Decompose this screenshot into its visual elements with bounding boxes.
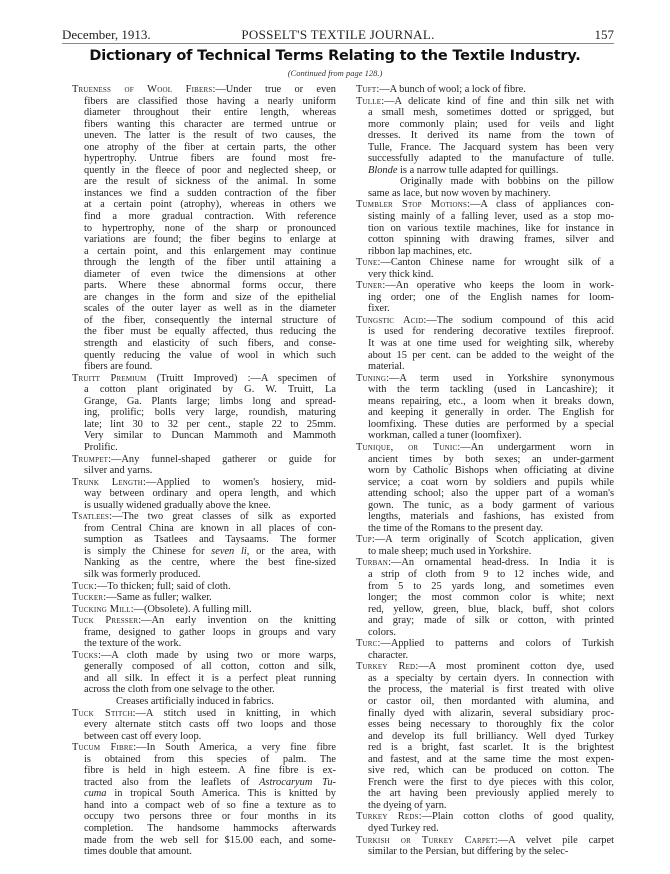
entry-term: Turc xyxy=(356,638,378,649)
dictionary-entry: Turc:—Applied to patterns and colors of … xyxy=(356,638,614,661)
dictionary-entry: Tucks:—A cloth made by using two or more… xyxy=(72,650,336,708)
entry-line: Tuning:—A term used in Yorkshire synonym… xyxy=(356,373,614,385)
entry-line: successfully adapted to the manufacture … xyxy=(356,153,614,165)
entry-line: the time of the Romans to the present da… xyxy=(356,523,614,535)
entry-line: and develop its full brilliancy. Well dy… xyxy=(356,731,614,743)
entry-line: Tune:—Canton Chinese name for wrought si… xyxy=(356,257,614,269)
entry-line: Turkish or Turkey Carpet:—A velvet pile … xyxy=(356,835,614,847)
entry-line: silver and yarns. xyxy=(72,465,336,477)
entry-line: of the fiber, consequently the internal … xyxy=(72,315,336,327)
entry-line: Tup:—A term originally of Scotch applica… xyxy=(356,534,614,546)
entry-line: Turkey Reds:—Plain cotton cloths of good… xyxy=(356,811,614,823)
entry-line: instances we find a sudden contraction o… xyxy=(72,188,336,200)
entry-term: Tucum Fibre xyxy=(72,742,133,753)
entry-line: a strip of cloth from 9 to 12 inches wid… xyxy=(356,569,614,581)
entry-line: through the length of the fiber until at… xyxy=(72,257,336,269)
dictionary-entry: Tucking Mill:—(Obsolete). A fulling mill… xyxy=(72,604,336,616)
entry-line: generally composed of all cotton, cotton… xyxy=(72,661,336,673)
entry-term: Tucks xyxy=(72,650,98,661)
entry-term: Trunk Length xyxy=(72,477,143,488)
entry-line: Trueness of Wool Fibers:—Under true or e… xyxy=(72,84,336,96)
entry-term: Tulle xyxy=(356,96,381,107)
entry-term: Turban xyxy=(356,557,388,568)
entry-line: service; a coat worn by soldiers and pup… xyxy=(356,477,614,489)
left-column: Trueness of Wool Fibers:—Under true or e… xyxy=(72,84,336,858)
entry-line: Turban:—An ornamental head-dress. In Ind… xyxy=(356,557,614,569)
entry-line: the process, the material is first treat… xyxy=(356,684,614,696)
entry-line: loomfixing. These duties are performed b… xyxy=(356,419,614,431)
entry-line: tracted also from the leaflets of Astroc… xyxy=(72,777,336,789)
entry-line: attending school; also the upper part of… xyxy=(356,488,614,500)
entry-term: Turkey Red xyxy=(356,661,415,672)
entry-line: workman, called a tuner (loomfixer). xyxy=(356,430,614,442)
dictionary-entry: Tup:—A term originally of Scotch applica… xyxy=(356,534,614,557)
entry-line: diameter of even twice the dimensions at… xyxy=(72,269,336,281)
entry-term: Tuft xyxy=(356,84,376,95)
entry-line: is used for rendering decorative textile… xyxy=(356,326,614,338)
entry-line: red, yellow, green, blue, black, buff, s… xyxy=(356,604,614,616)
entry-line: fibers are classified those having a nea… xyxy=(72,96,336,108)
italic-text: Astrocaryum Tu- xyxy=(259,777,336,788)
entry-line: Tsatlees:—The two great classes of silk … xyxy=(72,511,336,523)
entry-line: frame, designed to gather loops in group… xyxy=(72,627,336,639)
entry-line: the dyeing of yarn. xyxy=(356,800,614,812)
entry-line: Grange, Ga. Plants large; limbs long and… xyxy=(72,396,336,408)
dictionary-entry: Turkish or Turkey Carpet:—A velvet pile … xyxy=(356,835,614,858)
journal-name: POSSELT'S TEXTILE JOURNAL. xyxy=(62,27,614,43)
page-number: 157 xyxy=(595,27,615,43)
entry-term: Tup xyxy=(356,534,372,545)
entry-line: scales of the outer layer as well as in … xyxy=(72,303,336,315)
entry-line: longer; the most common color is white; … xyxy=(356,592,614,604)
entry-term: Tumbler Stop Motions xyxy=(356,199,467,210)
dictionary-entry: Tuck Presser:—An early invention on the … xyxy=(72,615,336,650)
entry-term: Tungstic Acid xyxy=(356,315,423,326)
entry-line: hand into a compact web of so fine a tex… xyxy=(72,800,336,812)
italic-text: Blonde xyxy=(368,165,397,176)
entry-line: Tungstic Acid:—The sodium compound of th… xyxy=(356,315,614,327)
entry-line: sisting mainly of a falling lever, used … xyxy=(356,211,614,223)
entry-line: similar to the Persian, but differing by… xyxy=(356,846,614,858)
entry-line: Turkey Red:—A most prominent cotton dye,… xyxy=(356,661,614,673)
entry-line: to hypertrophy, none of the sharp or pro… xyxy=(72,223,336,235)
entry-line: diameter throughout their entire length,… xyxy=(72,107,336,119)
entry-line: Truitt Premium (Truitt Improved) :—A spe… xyxy=(72,373,336,385)
entry-term: Tuner xyxy=(356,280,382,291)
article-title: Dictionary of Technical Terms Relating t… xyxy=(0,48,670,64)
entry-line: Creases artificially induced in fabrics. xyxy=(72,696,336,708)
entry-line: finally dyed with alizarin, several subs… xyxy=(356,708,614,720)
entry-line: and all silk. In effect it is a perfect … xyxy=(72,673,336,685)
entry-line: way between ordinary and opera length, a… xyxy=(72,488,336,500)
entry-line: the art having been previously applied m… xyxy=(356,788,614,800)
entry-line: dyed Turkey red. xyxy=(356,823,614,835)
entry-term: Tsatlees xyxy=(72,511,109,522)
entry-line: ancient times by both sexes; an under-ga… xyxy=(356,454,614,466)
entry-term: Tucking Mill xyxy=(72,604,131,615)
entry-line: Tumbler Stop Motions:—A class of applian… xyxy=(356,199,614,211)
running-header: December, 1913. POSSELT'S TEXTILE JOURNA… xyxy=(62,27,614,44)
entry-line: is usually widened gradually above the k… xyxy=(72,500,336,512)
entry-line: is simply the Chinese for seven li, or t… xyxy=(72,546,336,558)
dictionary-entry: Trueness of Wool Fibers:—Under true or e… xyxy=(72,84,336,373)
entry-line: It was at one time used for weighting si… xyxy=(356,338,614,350)
entry-line: parts. Where these abnormal forms occur,… xyxy=(72,280,336,292)
entry-line: Tucum Fibre:—In South America, a very fi… xyxy=(72,742,336,754)
entry-term: Tuck Presser xyxy=(72,615,138,626)
entry-line: Tucks:—A cloth made by using two or more… xyxy=(72,650,336,662)
entry-line: and keeping it generally in order. The E… xyxy=(356,407,614,419)
entry-line: Prolific. xyxy=(72,442,336,454)
dictionary-entry: Tucker:—Same as fuller; walker. xyxy=(72,592,336,604)
dictionary-entry: Tuck:—To thicken; full; said of cloth. xyxy=(72,581,336,593)
entry-line: fibre is held in high esteem. A fine fib… xyxy=(72,765,336,777)
entry-term: Turkish or Turkey Carpet xyxy=(356,835,495,846)
entry-line: quently in the fleece of poor and neglec… xyxy=(72,165,336,177)
entry-line: silk was formerly produced. xyxy=(72,569,336,581)
italic-text: cuma xyxy=(84,788,107,799)
entry-line: esses being necessary to thoroughly fix … xyxy=(356,719,614,731)
entry-line: Turc:—Applied to patterns and colors of … xyxy=(356,638,614,650)
dictionary-entry: Trunk Length:—Applied to women's hosiery… xyxy=(72,477,336,512)
entry-line: about 15 per cent. can be added to the w… xyxy=(356,350,614,362)
entry-line: worn by Catholic Bishops when officiatin… xyxy=(356,465,614,477)
entry-line: Tulle, France. The Jacquard system has b… xyxy=(356,142,614,154)
entry-line: Tunique, or Tunic:—An undergarment worn … xyxy=(356,442,614,454)
entry-line: completion. The handsome hammocks afterw… xyxy=(72,823,336,835)
entry-line: Tuner:—An operative who keeps the loom i… xyxy=(356,280,614,292)
entry-line: Trumpet:—Any funnel-shaped gatherer or g… xyxy=(72,454,336,466)
entry-line: Tuck Presser:—An early invention on the … xyxy=(72,615,336,627)
entry-line: means repairing, etc., a loom when it br… xyxy=(356,396,614,408)
entry-line: find a more gradual contraction. With re… xyxy=(72,211,336,223)
entry-line: are the result of sickness of the animal… xyxy=(72,176,336,188)
entry-line: a certain point, and this enlargement ma… xyxy=(72,246,336,258)
entry-line: tion on various textile machines, like f… xyxy=(356,223,614,235)
entry-line: every alternate stitch casts off two loo… xyxy=(72,719,336,731)
entry-line: cotton spinning with drawing frames, sil… xyxy=(356,234,614,246)
dictionary-entry: Turkey Reds:—Plain cotton cloths of good… xyxy=(356,811,614,834)
entry-line: same as lace, but now woven by machinery… xyxy=(356,188,614,200)
entry-line: occupy two persons three or four months … xyxy=(72,811,336,823)
entry-line: between cast off every loop. xyxy=(72,731,336,743)
dictionary-entry: Tuning:—A term used in Yorkshire synonym… xyxy=(356,373,614,442)
entry-line: and gray; made of silk or cotton, with p… xyxy=(356,615,614,627)
entry-line: across the cloth from one selvage to the… xyxy=(72,684,336,696)
entry-term: Tucker xyxy=(72,592,103,603)
entry-line: times double that amount. xyxy=(72,846,336,858)
entry-line: fibers are found. xyxy=(72,361,336,373)
dictionary-entry: Tulle:—A delicate kind of fine and thin … xyxy=(356,96,614,200)
entry-line: is obtained from this species of palm. T… xyxy=(72,754,336,766)
dictionary-entry: Tucum Fibre:—In South America, a very fi… xyxy=(72,742,336,857)
dictionary-entry: Tsatlees:—The two great classes of silk … xyxy=(72,511,336,580)
entry-line: quently reducing the value of wool in wh… xyxy=(72,350,336,362)
entry-line: are changes in the form and size of the … xyxy=(72,292,336,304)
entry-line: lengths, materials and fashions, has exi… xyxy=(356,511,614,523)
entry-line: Trunk Length:—Applied to women's hosiery… xyxy=(72,477,336,489)
entry-line: French were the first to dye pieces with… xyxy=(356,777,614,789)
entry-term: Trueness of Wool Fibers xyxy=(72,84,212,95)
dictionary-entry: Tuck Stitch:—A stitch used in knitting, … xyxy=(72,708,336,743)
entry-line: with the term tackling (used in Lancashi… xyxy=(356,384,614,396)
entry-line: hypertrophy. Untrue fibers are found mos… xyxy=(72,153,336,165)
entry-line: ribbon lap machines, etc. xyxy=(356,246,614,258)
entry-line: strength and elasticity of such fibers, … xyxy=(72,338,336,350)
dictionary-entry: Turkey Red:—A most prominent cotton dye,… xyxy=(356,661,614,811)
entry-line: at a certain point (atrophy), whereas in… xyxy=(72,199,336,211)
entry-line: Originally made with bobbins on the pill… xyxy=(356,176,614,188)
entry-term: Tune xyxy=(356,257,378,268)
entry-line: ing, prolific; bolls very large, roundis… xyxy=(72,407,336,419)
entry-line: sive red, which can be produced on cotto… xyxy=(356,765,614,777)
entry-line: variations are found; the fiber begins t… xyxy=(72,234,336,246)
entry-line: very thick kind. xyxy=(356,269,614,281)
entry-line: and fastest, and at the same time the mo… xyxy=(356,754,614,766)
entry-line: Tuck:—To thicken; full; said of cloth. xyxy=(72,581,336,593)
entry-line: Tucking Mill:—(Obsolete). A fulling mill… xyxy=(72,604,336,616)
right-column: Tuft:—A bunch of wool; a lock of fibre.T… xyxy=(356,84,614,858)
entry-term: Tuck Stitch xyxy=(72,708,133,719)
entry-line: as a specialty by certain dyers. In conn… xyxy=(356,673,614,685)
entry-term: Tuning xyxy=(356,373,386,384)
entry-line: cuma in tropical South America. This is … xyxy=(72,788,336,800)
entry-line: Very similar to Duncan Mammoth and Mammo… xyxy=(72,430,336,442)
entry-term: Tunique, or Tunic xyxy=(356,442,457,453)
entry-term: Trumpet xyxy=(72,454,108,465)
dictionary-entry: Turban:—An ornamental head-dress. In Ind… xyxy=(356,557,614,638)
dictionary-entry: Tumbler Stop Motions:—A class of applian… xyxy=(356,199,614,257)
dictionary-entry: Tune:—Canton Chinese name for wrought si… xyxy=(356,257,614,280)
dictionary-entry: Tunique, or Tunic:—An undergarment worn … xyxy=(356,442,614,534)
entry-line: sumption as Tsatlees and Taysaams. The f… xyxy=(72,534,336,546)
entry-line: colors. xyxy=(356,627,614,639)
entry-line: the fiber must be equally affected, thus… xyxy=(72,326,336,338)
dictionary-entry: Truitt Premium (Truitt Improved) :—A spe… xyxy=(72,373,336,454)
entry-line: uneven. The latter is the result of two … xyxy=(72,130,336,142)
entry-line: a cotton plant originated by G. W. Truit… xyxy=(72,384,336,396)
entry-line: gown. The tunic, as a body garment of va… xyxy=(356,500,614,512)
dictionary-entry: Tungstic Acid:—The sodium compound of th… xyxy=(356,315,614,373)
entry-line: late; lint 30 to 32 per cent., staple 22… xyxy=(72,419,336,431)
entry-line: Blonde is a narrow tulle adapted for qui… xyxy=(356,165,614,177)
entry-line: dresses. It derived its name from the to… xyxy=(356,130,614,142)
entry-line: a small mesh, sometimes dotted or sprigg… xyxy=(356,107,614,119)
entry-line: fibers wanting this character are termed… xyxy=(72,119,336,131)
italic-text: seven li xyxy=(211,546,247,557)
entry-line: one atrophy of the fiber at certain part… xyxy=(72,142,336,154)
entry-line: to male sheep; much used in Yorkshire. xyxy=(356,546,614,558)
entry-line: Tuft:—A bunch of wool; a lock of fibre. xyxy=(356,84,614,96)
entry-line: red is a bright, fast scarlet. It is the… xyxy=(356,742,614,754)
entry-line: from 5 to 25 yards long, and sometimes e… xyxy=(356,581,614,593)
entry-line: fixer. xyxy=(356,303,614,315)
entry-line: from Central China are known in all plac… xyxy=(72,523,336,535)
article-continuation-note: (Continued from page 128.) xyxy=(0,68,670,78)
entry-line: character. xyxy=(356,650,614,662)
entry-line: the texture of the work. xyxy=(72,638,336,650)
entry-line: Nanking as the centre, where the best fi… xyxy=(72,557,336,569)
entry-line: ing order; one of the English names for … xyxy=(356,292,614,304)
entry-line: Tucker:—Same as fuller; walker. xyxy=(72,592,336,604)
entry-line: made from the web sell for $15.00 each, … xyxy=(72,835,336,847)
entry-line: or castor oil, then mordanted with alumi… xyxy=(356,696,614,708)
entry-line: Tuck Stitch:—A stitch used in knitting, … xyxy=(72,708,336,720)
dictionary-entry: Tuner:—An operative who keeps the loom i… xyxy=(356,280,614,315)
entry-line: material. xyxy=(356,361,614,373)
entry-line: Tulle:—A delicate kind of fine and thin … xyxy=(356,96,614,108)
dictionary-entry: Trumpet:—Any funnel-shaped gatherer or g… xyxy=(72,454,336,477)
entry-term: Tuck xyxy=(72,581,94,592)
entry-term: Truitt Premium xyxy=(72,373,146,384)
entry-line: more commonly plain; used for veils and … xyxy=(356,119,614,131)
dictionary-entry: Tuft:—A bunch of wool; a lock of fibre. xyxy=(356,84,614,96)
entry-term: Turkey Reds xyxy=(356,811,419,822)
